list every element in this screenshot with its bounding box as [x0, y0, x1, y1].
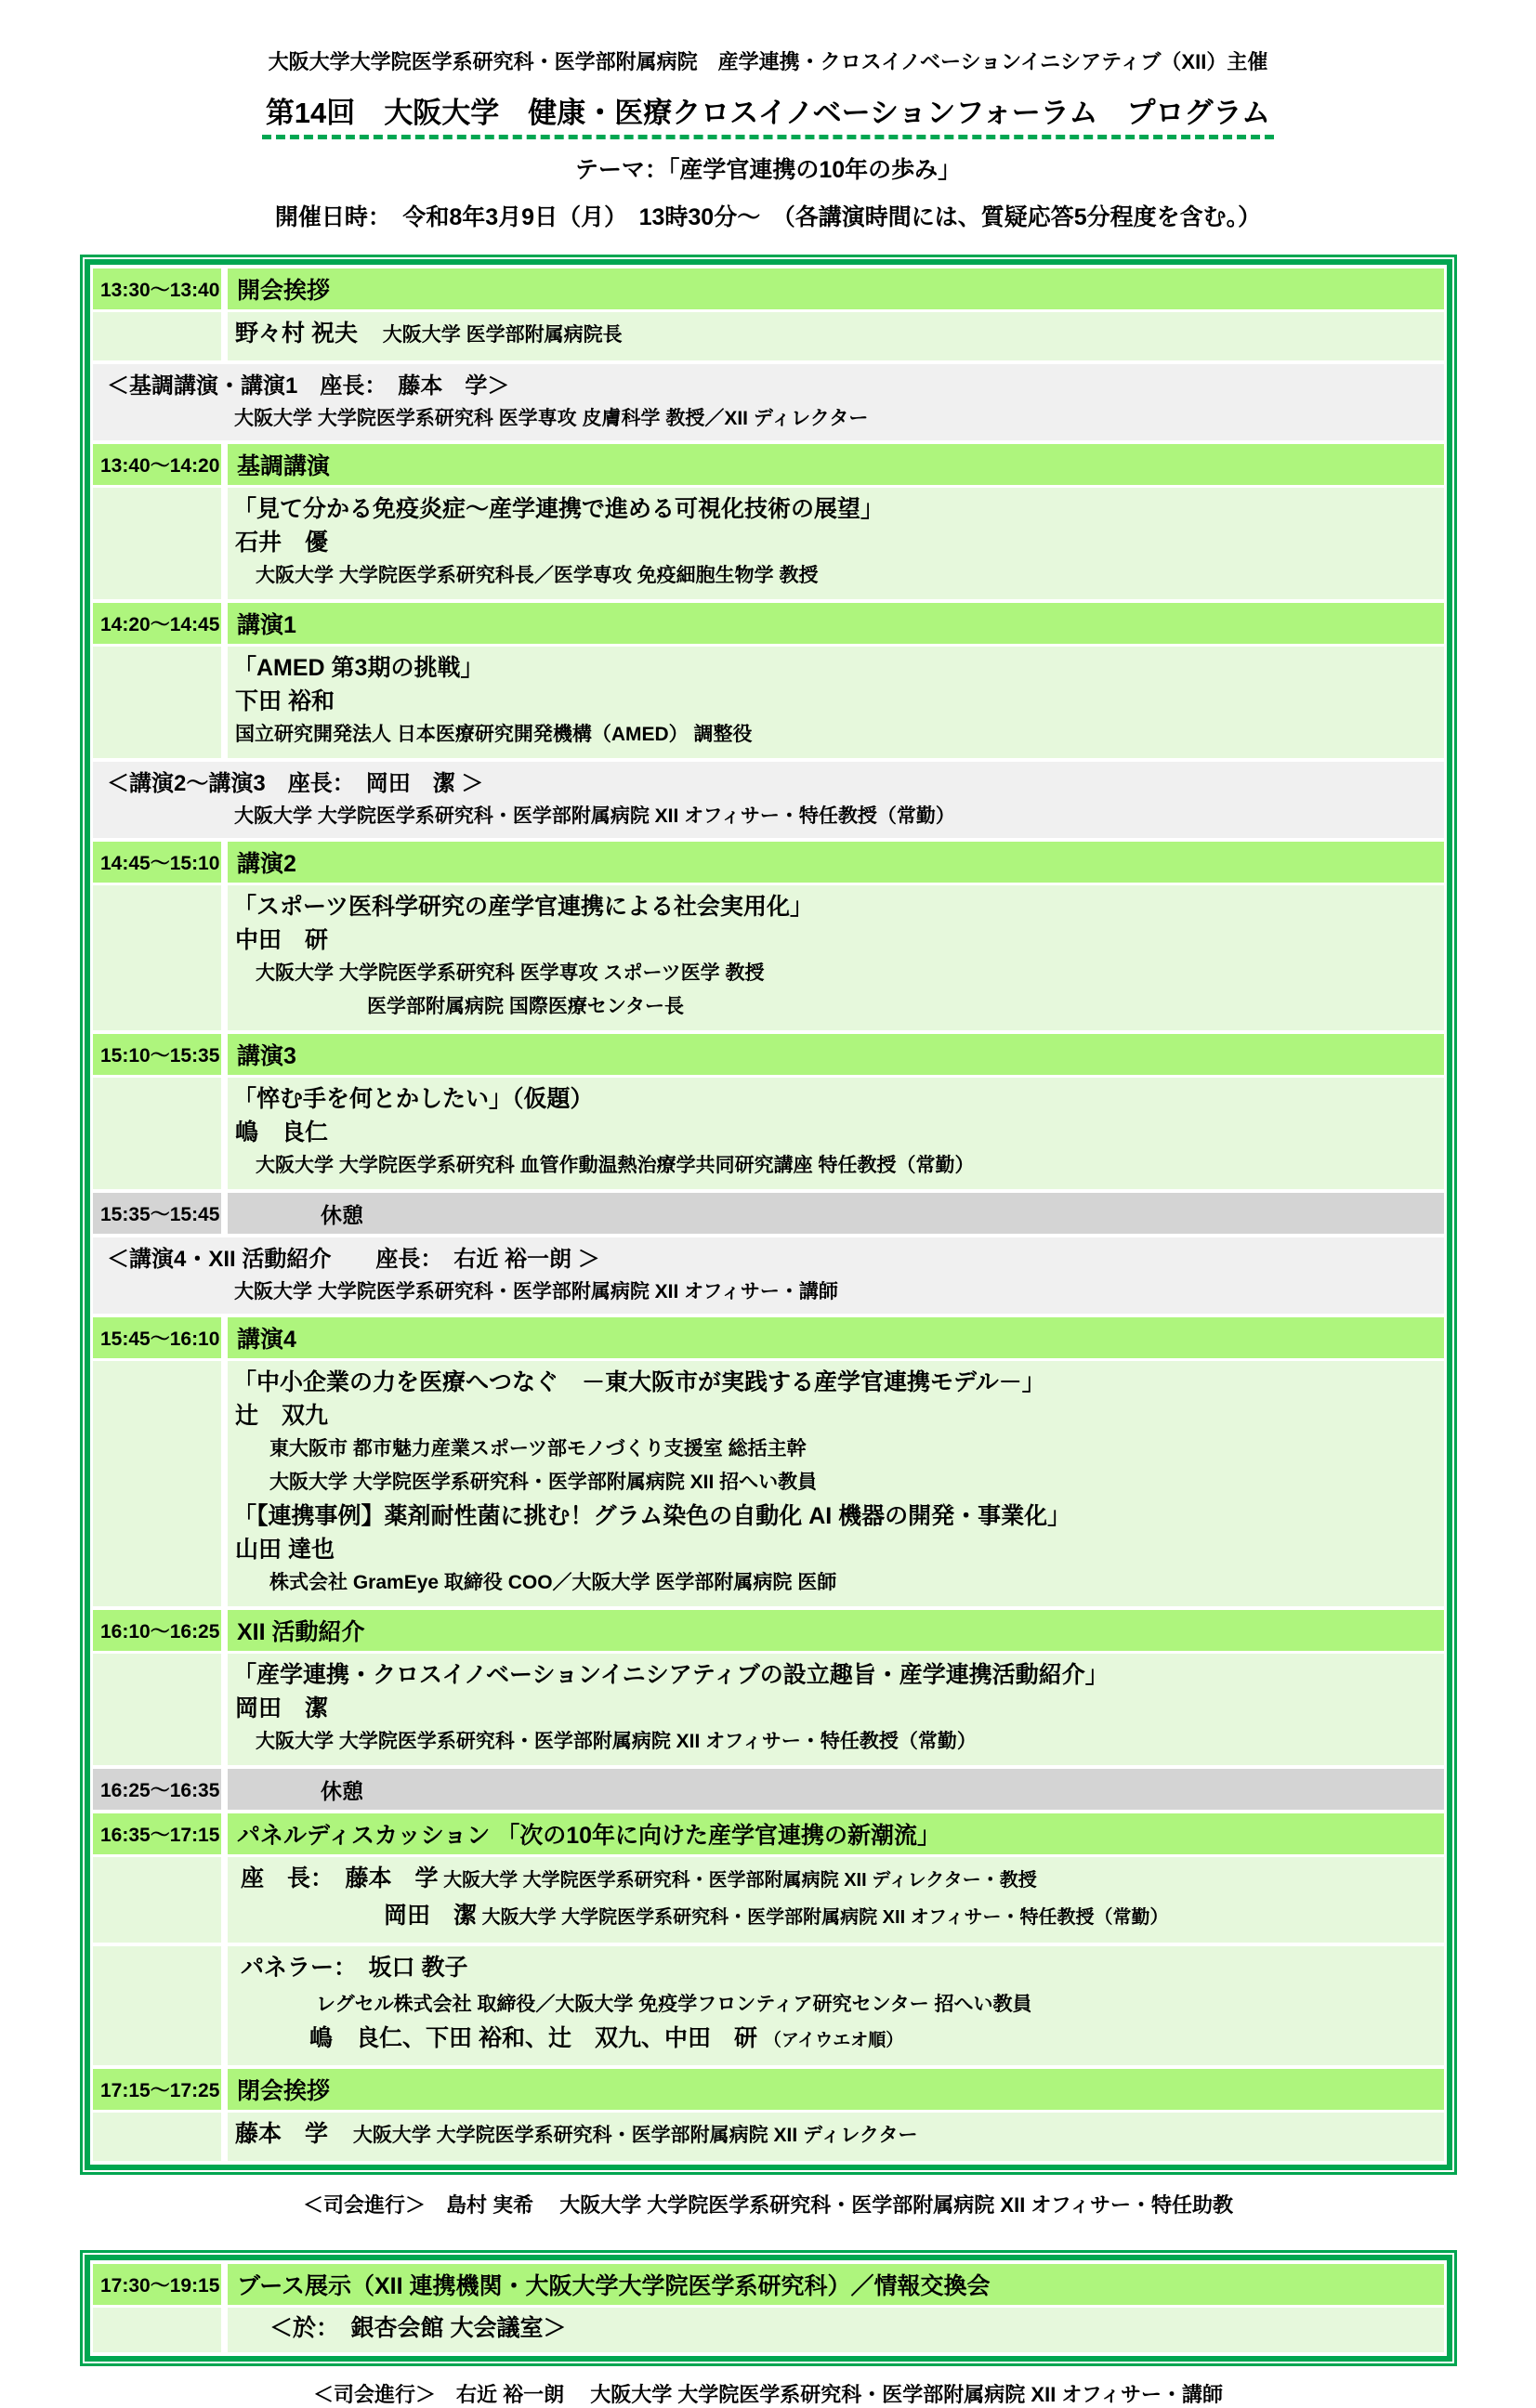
- session-time-cell: 15:10～15:35: [93, 1034, 221, 1075]
- break-label-cell: 休憩: [228, 1193, 1444, 1234]
- session-title-cell: 講演1: [228, 603, 1444, 644]
- text-segment: 座 長：: [241, 1865, 346, 1891]
- chair-row: ＜講演2～講演3 座長： 岡田 潔 ＞大阪大学 大学院医学系研究科・医学部附属病…: [93, 762, 1444, 838]
- session-detail-row: 「産学連携・クロスイノベーションイニシアティブの設立趣旨・産学連携活動紹介」岡田…: [93, 1654, 1444, 1765]
- session-detail-body: 藤本 学 大阪大学 大学院医学系研究科・医学部附属病院 XII ディレクター: [228, 2113, 1444, 2161]
- session-detail-row: 「AMED 第3期の挑戦」下田 裕和国立研究開発法人 日本医療研究開発機構（AM…: [93, 647, 1444, 758]
- text-segment: 大阪大学 医学部附属病院長: [358, 324, 623, 346]
- main-schedule-rows: 13:30～13:40開会挨拶野々村 祝夫 大阪大学 医学部附属病院長＜基調講演…: [85, 259, 1452, 2170]
- text-segment: 大阪大学 大学院医学系研究科・医学部附属病院 XII ディレクター・教授: [439, 1870, 1037, 1891]
- schedule-line: 藤本 学 大阪大学 大学院医学系研究科・医学部附属病院 XII ディレクター: [228, 2117, 1444, 2154]
- session-title-cell: XII 活動紹介: [228, 1610, 1444, 1651]
- session-time-cell: 14:45～15:10: [93, 842, 221, 883]
- session-header-row: 15:45～16:10講演4: [93, 1317, 1444, 1358]
- session-title-cell: 講演3: [228, 1034, 1444, 1075]
- session-header-row: 16:10～16:25XII 活動紹介: [93, 1610, 1444, 1651]
- session-detail-time-cell: [93, 1857, 221, 1943]
- session-detail-time-cell: [93, 2113, 221, 2161]
- document-header: 大阪大学大学院医学系研究科・医学部附属病院 産学連携・クロスイノベーションイニシ…: [0, 0, 1536, 232]
- text-segment: 嶋 良仁、下田 裕和、辻 双九、中田 研: [309, 2025, 764, 2051]
- session-header-row: 14:20～14:45講演1: [93, 603, 1444, 644]
- session-title-cell: パネルディスカッション 「次の10年に向けた産学官連携の新潮流」: [228, 1813, 1444, 1854]
- datetime-line: 開催日時： 令和8年3月9日（月） 13時30分～ （各講演時間には、質疑応答5…: [0, 199, 1536, 232]
- session-title-cell: 開会挨拶: [228, 268, 1444, 309]
- break-label: 休憩: [228, 1198, 363, 1229]
- session-header-row: 15:10～15:35講演3: [93, 1034, 1444, 1075]
- break-time-cell: 16:25～16:35: [93, 1769, 221, 1810]
- session-detail-body: 「見て分かる免疫炎症～産学連携で進める可視化技術の展望」石井 優大阪大学 大学院…: [228, 488, 1444, 599]
- text-segment: 岡田 潔: [384, 1903, 477, 1929]
- session-detail-body: 「スポーツ医科学研究の産学官連携による社会実用化」中田 研大阪大学 大学院医学系…: [228, 885, 1444, 1030]
- text-segment: パネラー：: [241, 1955, 369, 1981]
- chair-affiliation: 大阪大学 大学院医学系研究科・医学部附属病院 XII オフィサー・特任教授（常勤…: [93, 802, 1444, 831]
- session-detail-row: 「悴む手を何とかしたい」（仮題）嶋 良仁大阪大学 大学院医学系研究科 血管作動温…: [93, 1078, 1444, 1189]
- page-title: 第14回 大阪大学 健康・医療クロスイノベーションフォーラム プログラム: [0, 89, 1536, 139]
- chair-affiliation: 大阪大学 大学院医学系研究科 医学専攻 皮膚科学 教授／XII ディレクター: [93, 404, 1444, 434]
- session-detail-row: パネラー： 坂口 教子レグセル株式会社 取締役／大阪大学 免疫学フロンティア研究…: [93, 1946, 1444, 2065]
- schedule-line: 大阪大学 大学院医学系研究科・医学部附属病院 XII 招へい教員: [228, 1466, 1444, 1499]
- session-title-cell: 講演2: [228, 842, 1444, 883]
- schedule-line: 辻 双九: [228, 1399, 1444, 1433]
- break-label: 休憩: [228, 1774, 363, 1805]
- schedule-line: 「AMED 第3期の挑戦」: [228, 651, 1444, 685]
- schedule-line: 嶋 良仁、下田 裕和、辻 双九、中田 研 （アイウエオ順）: [228, 2022, 1444, 2059]
- schedule-line: 国立研究開発法人 日本医療研究開発機構（AMED） 調整役: [228, 718, 1444, 752]
- schedule-line: 嶋 良仁: [228, 1116, 1444, 1149]
- session-detail-row: 「スポーツ医科学研究の産学官連携による社会実用化」中田 研大阪大学 大学院医学系…: [93, 885, 1444, 1030]
- chair-title: ＜講演2～講演3 座長： 岡田 潔 ＞: [93, 766, 1444, 802]
- schedule-line: 大阪大学 大学院医学系研究科長／医学専攻 免疫細胞生物学 教授: [228, 559, 1444, 593]
- schedule-line: 「中小企業の力を医療へつなぐ －東大阪市が実践する産学官連携モデル－」: [228, 1366, 1444, 1399]
- theme-line: テーマ：「産学官連携の10年の歩み」: [0, 151, 1536, 185]
- session-title-cell: 講演4: [228, 1317, 1444, 1358]
- session-time-cell: 16:35～17:15: [93, 1813, 221, 1854]
- session-detail-body: 座 長： 藤本 学 大阪大学 大学院医学系研究科・医学部附属病院 XII ディレ…: [228, 1857, 1444, 1943]
- text-segment: 大阪大学 大学院医学系研究科・医学部附属病院 XII オフィサー・特任教授（常勤…: [477, 1907, 1168, 1928]
- schedule-line: レグセル株式会社 取締役／大阪大学 免疫学フロンティア研究センター 招へい教員: [228, 1988, 1444, 2022]
- schedule-line: 野々村 祝夫 大阪大学 医学部附属病院長: [228, 317, 1444, 354]
- schedule-line: 医学部附属病院 国際医療センター長: [228, 990, 1444, 1024]
- text-segment: 坂口 教子: [369, 1955, 468, 1981]
- booth-venue-text: ＜於： 銀杏会館 大会議室＞: [228, 2310, 1444, 2347]
- mc-line-2: ＜司会進行＞ 右近 裕一朗 大阪大学 大学院医学系研究科・医学部附属病院 XII…: [0, 2379, 1536, 2408]
- mc-line-1: ＜司会進行＞ 島村 実希 大阪大学 大学院医学系研究科・医学部附属病院 XII …: [0, 2190, 1536, 2218]
- booth-header-row: 17:30～19:15 ブース展示（XII 連携機関・大阪大学大学院医学系研究科…: [93, 2264, 1444, 2305]
- schedule-line: 「【連携事例】薬剤耐性菌に挑む！グラム染色の自動化 AI 機器の開発・事業化」: [228, 1499, 1444, 1533]
- session-time-cell: 13:40～14:20: [93, 444, 221, 485]
- schedule-line: 下田 裕和: [228, 685, 1444, 718]
- session-header-row: 13:40～14:20基調講演: [93, 444, 1444, 485]
- session-detail-row: 座 長： 藤本 学 大阪大学 大学院医学系研究科・医学部附属病院 XII ディレ…: [93, 1857, 1444, 1943]
- schedule-line: 石井 優: [228, 526, 1444, 559]
- text-segment: 藤本 学: [346, 1865, 439, 1891]
- chair-row: ＜基調講演・講演1 座長： 藤本 学＞大阪大学 大学院医学系研究科 医学専攻 皮…: [93, 364, 1444, 440]
- session-title-cell: 閉会挨拶: [228, 2069, 1444, 2110]
- session-title-cell: 基調講演: [228, 444, 1444, 485]
- organizer-line: 大阪大学大学院医学系研究科・医学部附属病院 産学連携・クロスイノベーションイニシ…: [0, 0, 1536, 75]
- session-header-row: 17:15～17:25閉会挨拶: [93, 2069, 1444, 2110]
- chair-affiliation: 大阪大学 大学院医学系研究科・医学部附属病院 XII オフィサー・講師: [93, 1277, 1444, 1307]
- booth-rows: 17:30～19:15 ブース展示（XII 連携機関・大阪大学大学院医学系研究科…: [85, 2255, 1452, 2362]
- schedule-line: 「スポーツ医科学研究の産学官連携による社会実用化」: [228, 890, 1444, 923]
- schedule-line: 「見て分かる免疫炎症～産学連携で進める可視化技術の展望」: [228, 492, 1444, 526]
- session-header-row: 13:30～13:40開会挨拶: [93, 268, 1444, 309]
- session-detail-time-cell: [93, 1946, 221, 2065]
- break-label-cell: 休憩: [228, 1769, 1444, 1810]
- schedule-line: 岡田 潔: [228, 1692, 1444, 1725]
- text-segment: 野々村 祝夫: [235, 321, 358, 347]
- schedule-line: 株式会社 GramEye 取締役 COO／大阪大学 医学部附属病院 医師: [228, 1566, 1444, 1600]
- break-row: 16:25～16:35休憩: [93, 1769, 1444, 1810]
- session-header-row: 16:35～17:15パネルディスカッション 「次の10年に向けた産学官連携の新…: [93, 1813, 1444, 1854]
- session-detail-row: 藤本 学 大阪大学 大学院医学系研究科・医学部附属病院 XII ディレクター: [93, 2113, 1444, 2161]
- schedule-line: パネラー： 坂口 教子: [228, 1951, 1444, 1988]
- schedule-line: 大阪大学 大学院医学系研究科 血管作動温熱治療学共同研究講座 特任教授（常勤）: [228, 1149, 1444, 1183]
- session-time-cell: 13:30～13:40: [93, 268, 221, 309]
- session-detail-body: パネラー： 坂口 教子レグセル株式会社 取締役／大阪大学 免疫学フロンティア研究…: [228, 1946, 1444, 2065]
- schedule-line: 中田 研: [228, 923, 1444, 957]
- session-detail-row: 野々村 祝夫 大阪大学 医学部附属病院長: [93, 312, 1444, 360]
- schedule-line: 座 長： 藤本 学 大阪大学 大学院医学系研究科・医学部附属病院 XII ディレ…: [228, 1862, 1444, 1899]
- break-row: 15:35～15:45休憩: [93, 1193, 1444, 1234]
- break-time-cell: 15:35～15:45: [93, 1193, 221, 1234]
- session-detail-time-cell: [93, 885, 221, 1030]
- schedule-line: 大阪大学 大学院医学系研究科 医学専攻 スポーツ医学 教授: [228, 957, 1444, 990]
- booth-time-cell: 17:30～19:15: [93, 2264, 221, 2305]
- page-title-text: 第14回 大阪大学 健康・医療クロスイノベーションフォーラム プログラム: [262, 89, 1274, 139]
- booth-venue-cell: ＜於： 銀杏会館 大会議室＞: [228, 2308, 1444, 2352]
- session-detail-time-cell: [93, 1078, 221, 1189]
- schedule-line: 大阪大学 大学院医学系研究科・医学部附属病院 XII オフィサー・特任教授（常勤…: [228, 1725, 1444, 1759]
- schedule-line: 山田 達也: [228, 1533, 1444, 1566]
- booth-venue-time-cell: [93, 2308, 221, 2352]
- booth-title-cell: ブース展示（XII 連携機関・大阪大学大学院医学系研究科）／情報交換会: [228, 2264, 1444, 2305]
- session-detail-time-cell: [93, 488, 221, 599]
- chair-row: ＜講演4・XII 活動紹介 座長： 右近 裕一朗 ＞大阪大学 大学院医学系研究科…: [93, 1237, 1444, 1314]
- session-time-cell: 15:45～16:10: [93, 1317, 221, 1358]
- session-detail-body: 「中小企業の力を医療へつなぐ －東大阪市が実践する産学官連携モデル－」辻 双九東…: [228, 1361, 1444, 1606]
- session-detail-body: 野々村 祝夫 大阪大学 医学部附属病院長: [228, 312, 1444, 360]
- schedule-line: 東大阪市 都市魅力産業スポーツ部モノづくり支援室 総括主幹: [228, 1433, 1444, 1466]
- main-schedule-table: 13:30～13:40開会挨拶野々村 祝夫 大阪大学 医学部附属病院長＜基調講演…: [80, 255, 1457, 2175]
- schedule-line: 「産学連携・クロスイノベーションイニシアティブの設立趣旨・産学連携活動紹介」: [228, 1658, 1444, 1692]
- schedule-line: 「悴む手を何とかしたい」（仮題）: [228, 1082, 1444, 1116]
- booth-table: 17:30～19:15 ブース展示（XII 連携機関・大阪大学大学院医学系研究科…: [80, 2250, 1457, 2366]
- session-detail-body: 「AMED 第3期の挑戦」下田 裕和国立研究開発法人 日本医療研究開発機構（AM…: [228, 647, 1444, 758]
- chair-title: ＜講演4・XII 活動紹介 座長： 右近 裕一朗 ＞: [93, 1242, 1444, 1277]
- booth-venue-row: ＜於： 銀杏会館 大会議室＞: [93, 2308, 1444, 2352]
- session-detail-body: 「産学連携・クロスイノベーションイニシアティブの設立趣旨・産学連携活動紹介」岡田…: [228, 1654, 1444, 1765]
- session-detail-row: 「中小企業の力を医療へつなぐ －東大阪市が実践する産学官連携モデル－」辻 双九東…: [93, 1361, 1444, 1606]
- session-header-row: 14:45～15:10講演2: [93, 842, 1444, 883]
- session-detail-row: 「見て分かる免疫炎症～産学連携で進める可視化技術の展望」石井 優大阪大学 大学院…: [93, 488, 1444, 599]
- session-detail-time-cell: [93, 647, 221, 758]
- text-segment: 大阪大学 大学院医学系研究科・医学部附属病院 XII ディレクター: [328, 2125, 918, 2146]
- session-detail-time-cell: [93, 1361, 221, 1606]
- session-detail-time-cell: [93, 1654, 221, 1765]
- schedule-line: 岡田 潔 大阪大学 大学院医学系研究科・医学部附属病院 XII オフィサー・特任…: [228, 1899, 1444, 1936]
- session-detail-body: 「悴む手を何とかしたい」（仮題）嶋 良仁大阪大学 大学院医学系研究科 血管作動温…: [228, 1078, 1444, 1189]
- text-segment: （アイウエオ順）: [764, 2031, 903, 2050]
- session-time-cell: 14:20～14:45: [93, 603, 221, 644]
- session-detail-time-cell: [93, 312, 221, 360]
- text-segment: 藤本 学: [235, 2121, 328, 2147]
- session-time-cell: 16:10～16:25: [93, 1610, 221, 1651]
- session-time-cell: 17:15～17:25: [93, 2069, 221, 2110]
- chair-title: ＜基調講演・講演1 座長： 藤本 学＞: [93, 369, 1444, 404]
